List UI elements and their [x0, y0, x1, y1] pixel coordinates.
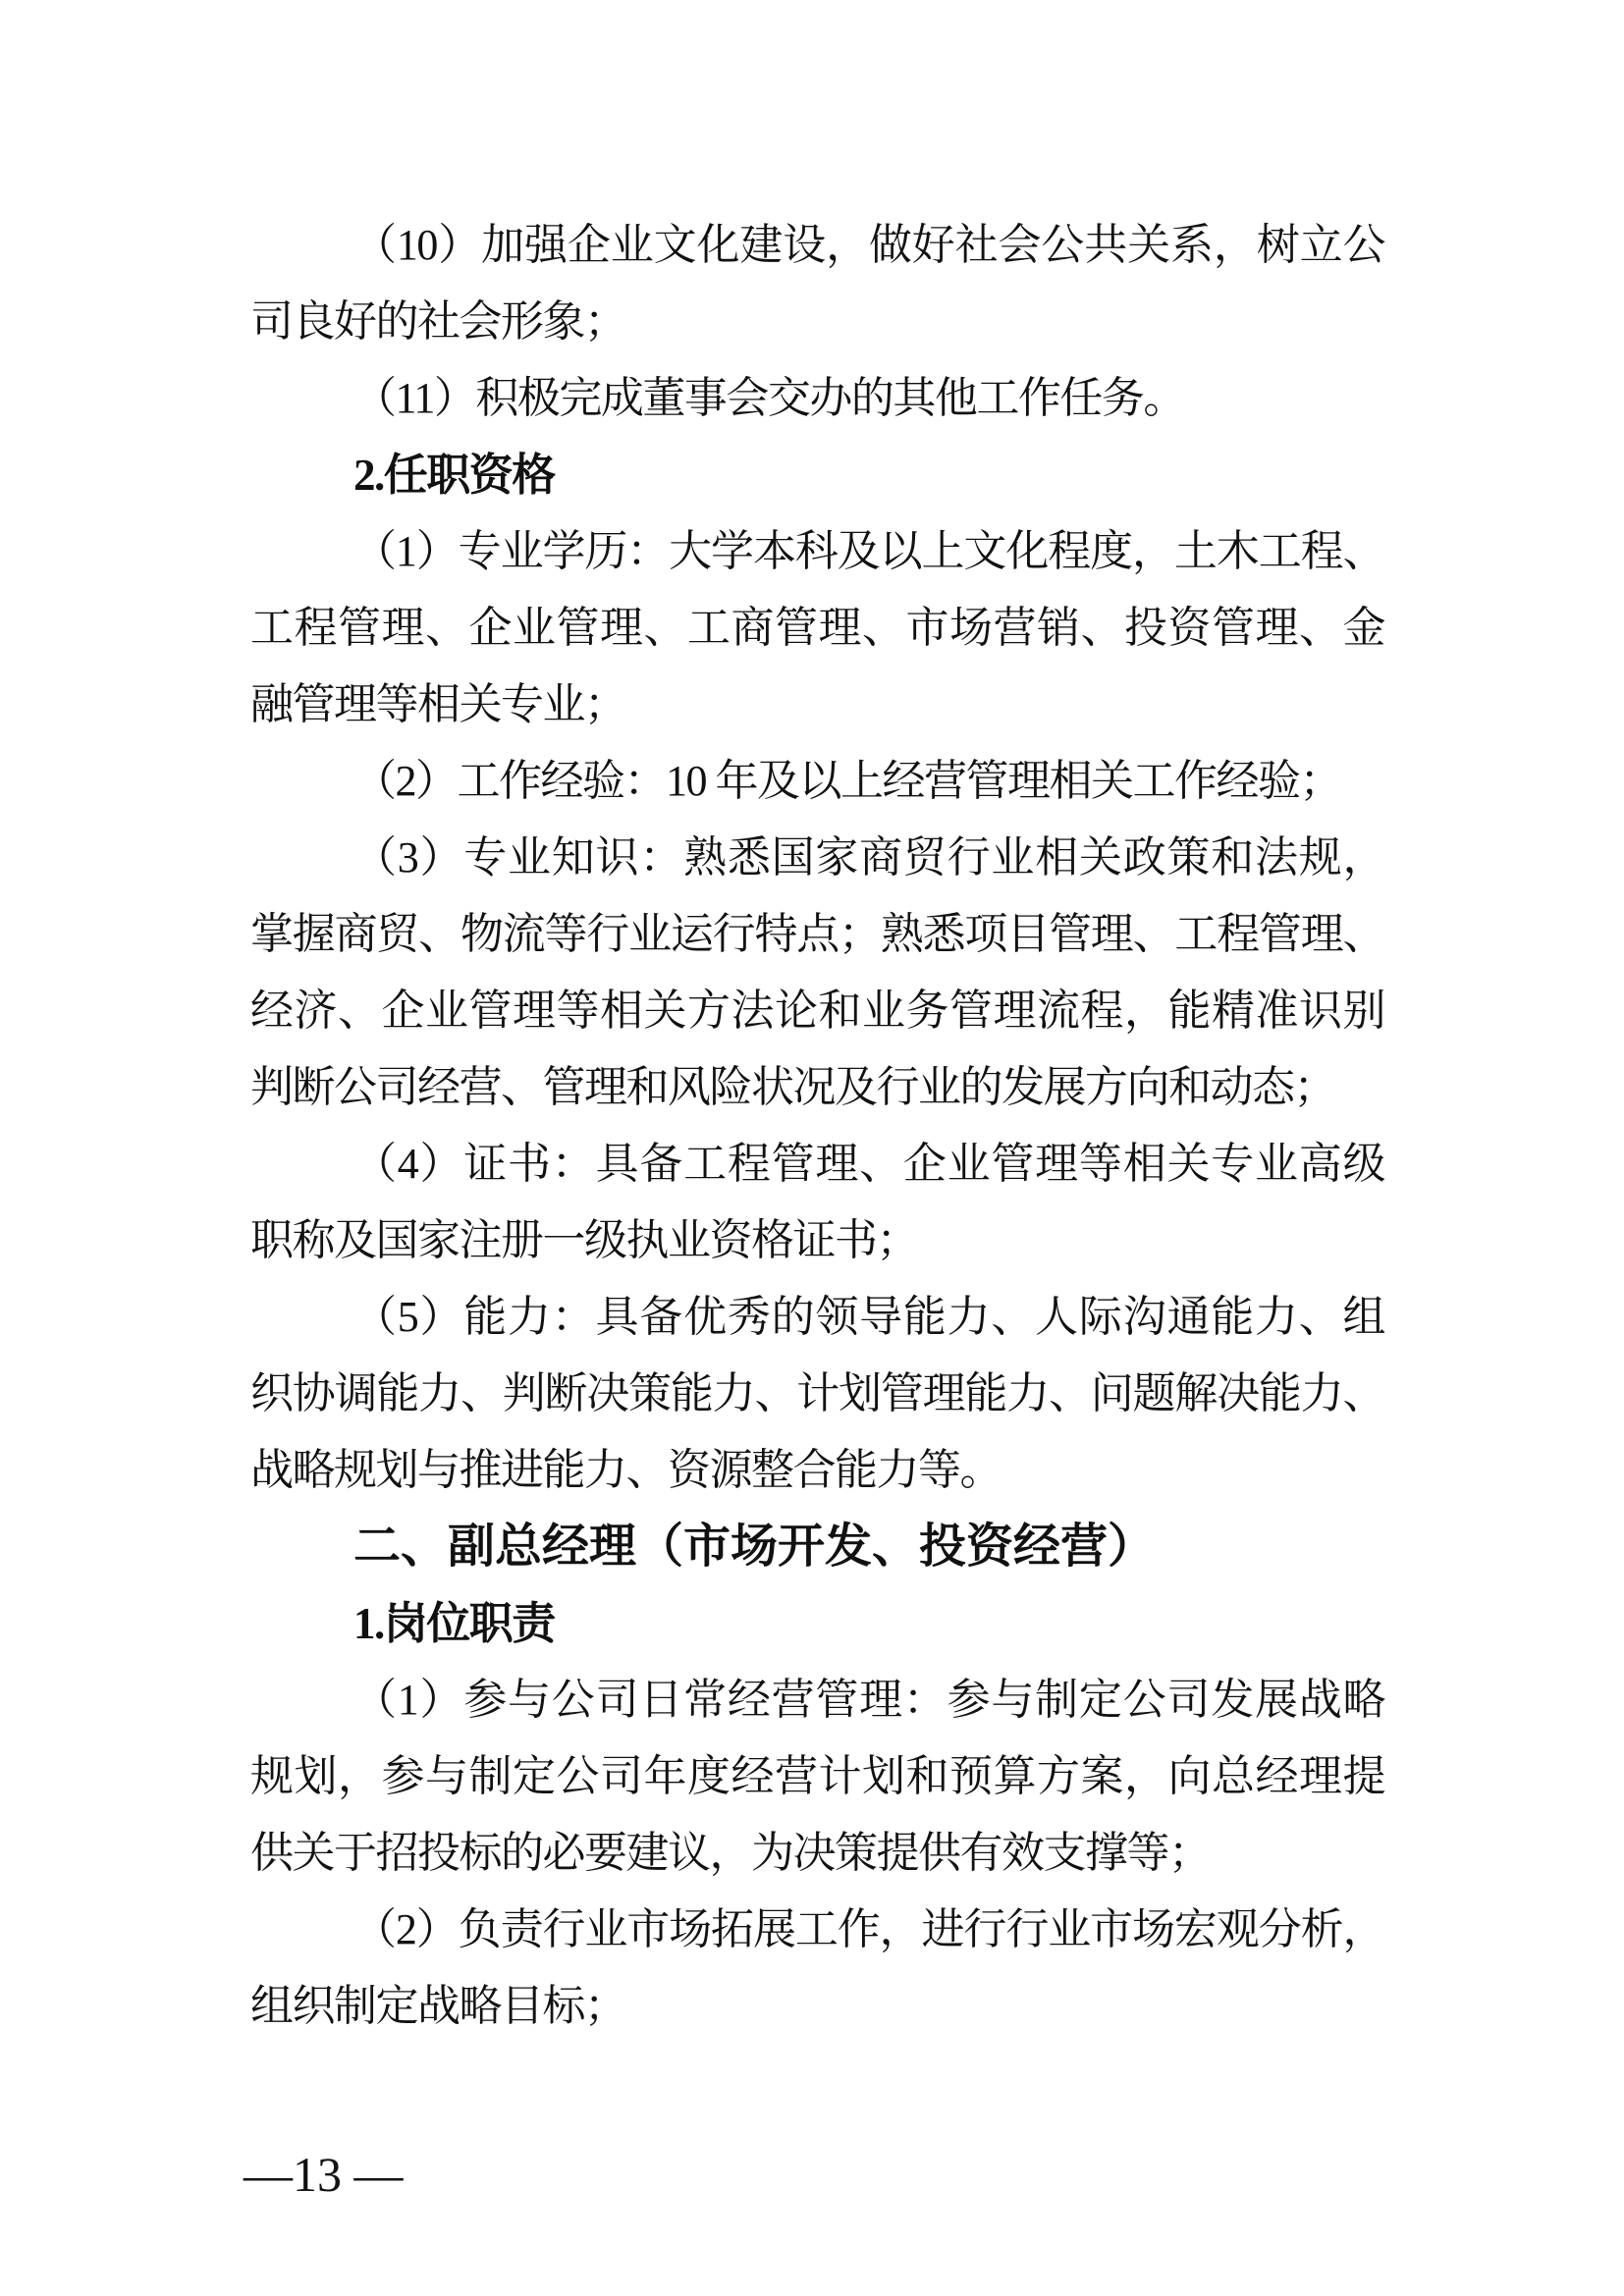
subsection-heading-line: 2.任职资格 [250, 437, 1384, 513]
body-line: （5）能力：具备优秀的领导能力、人际沟通能力、组 [250, 1279, 1384, 1356]
body-line: （4）证书：具备工程管理、企业管理等相关专业高级 [250, 1126, 1384, 1202]
body-line: （1）参与公司日常经营管理：参与制定公司发展战略 [250, 1662, 1384, 1738]
body-line: （3）专业知识：熟悉国家商贸行业相关政策和法规， [250, 820, 1384, 896]
body-line: 战略规划与推进能力、资源整合能力等。 [250, 1432, 1384, 1509]
body-line: 融管理等相关专业； [250, 667, 1384, 743]
body-line: （11）积极完成董事会交办的其他工作任务。 [250, 360, 1384, 437]
document-page: （10）加强企业文化建设，做好社会公共关系，树立公 司良好的社会形象； （11）… [0, 0, 1624, 2296]
body-line: 工程管理、企业管理、工商管理、市场营销、投资管理、金 [250, 590, 1384, 667]
body-line: （2）工作经验：10 年及以上经营管理相关工作经验； [250, 743, 1384, 820]
body-line: 经济、企业管理等相关方法论和业务管理流程，能精准识别 [250, 973, 1384, 1049]
body-line: （2）负责行业市场拓展工作，进行行业市场宏观分析， [250, 1892, 1384, 1968]
body-line: 组织制定战略目标； [250, 1968, 1384, 2045]
body-line: 掌握商贸、物流等行业运行特点；熟悉项目管理、工程管理、 [250, 896, 1384, 973]
document-body: （10）加强企业文化建设，做好社会公共关系，树立公 司良好的社会形象； （11）… [250, 207, 1384, 2045]
body-line: 织协调能力、判断决策能力、计划管理能力、问题解决能力、 [250, 1356, 1384, 1432]
body-line: 判断公司经营、管理和风险状况及行业的发展方向和动态； [250, 1049, 1384, 1126]
body-line: 供关于招投标的必要建议，为决策提供有效支撑等； [250, 1815, 1384, 1892]
body-line: 职称及国家注册一级执业资格证书； [250, 1202, 1384, 1279]
body-line: （1）专业学历：大学本科及以上文化程度，土木工程、 [250, 513, 1384, 590]
body-line: 规划，参与制定公司年度经营计划和预算方案，向总经理提 [250, 1738, 1384, 1815]
section-heading-line: 二、副总经理（市场开发、投资经营） [250, 1509, 1384, 1585]
body-line: 司良好的社会形象； [250, 284, 1384, 360]
subsection-heading-line: 1.岗位职责 [250, 1585, 1384, 1662]
page-number: —13 — [244, 2136, 404, 2213]
body-line: （10）加强企业文化建设，做好社会公共关系，树立公 [250, 207, 1384, 284]
